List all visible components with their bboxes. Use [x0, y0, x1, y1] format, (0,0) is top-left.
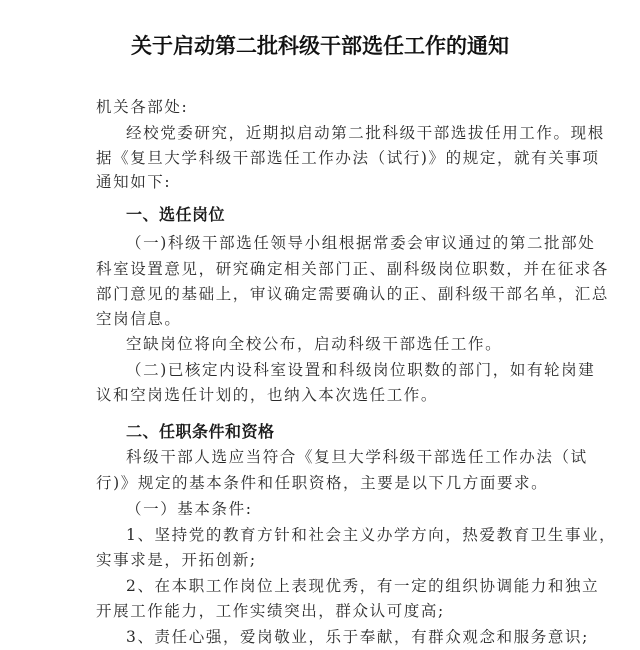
list-item-line: 实事求是，开拓创新;	[96, 550, 544, 570]
intro-line: 经校党委研究，近期拟启动第二批科级干部选拔任用工作。现根	[126, 123, 544, 143]
intro-line: 据《复旦大学科级干部选任工作办法（试行)》的规定，就有关事项	[96, 148, 544, 168]
section-heading: 一、选任岗位	[126, 205, 574, 225]
paragraph-line: 空岗信息。	[96, 309, 544, 329]
salutation: 机关各部处:	[96, 97, 544, 117]
paragraph-line: （二)已核定内设科室设置和科级岗位职数的部门，如有轮岗建	[126, 360, 544, 380]
paragraph-line: （一)科级干部选任领导小组根据常委会审议通过的第二批部处	[126, 233, 544, 253]
section-heading: 二、任职条件和资格	[126, 422, 574, 442]
paragraph-line: 科级干部人选应当符合《复旦大学科级干部选任工作办法（试	[126, 447, 544, 467]
list-item-line: 2、在本职工作岗位上表现优秀，有一定的组织协调能力和独立	[126, 576, 544, 596]
intro-line: 通知如下:	[96, 172, 544, 192]
paragraph-line: 部门意见的基础上，审议确定需要确认的正、副科级干部名单，汇总	[96, 284, 544, 304]
paragraph-line: 行)》规定的基本条件和任职资格，主要是以下几方面要求。	[96, 473, 544, 493]
paragraph-line: 空缺岗位将向全校公布，启动科级干部选任工作。	[126, 334, 544, 354]
paragraph-line: 科室设置意见，研究确定相关部门正、副科级岗位职数，并在征求各	[96, 259, 544, 279]
list-item-line: 3、责任心强，爱岗敬业，乐于奉献，有群众观念和服务意识;	[126, 627, 544, 647]
document-title: 关于启动第二批科级干部选任工作的通知	[0, 30, 640, 60]
paragraph-line: 议和空岗选任计划的，也纳入本次选任工作。	[96, 385, 544, 405]
list-item-line: 1、坚持党的教育方针和社会主义办学方向，热爱教育卫生事业，	[126, 525, 544, 545]
list-item-line: 开展工作能力，工作实绩突出，群众认可度高;	[96, 601, 544, 621]
sub-heading: （一）基本条件:	[126, 499, 544, 519]
